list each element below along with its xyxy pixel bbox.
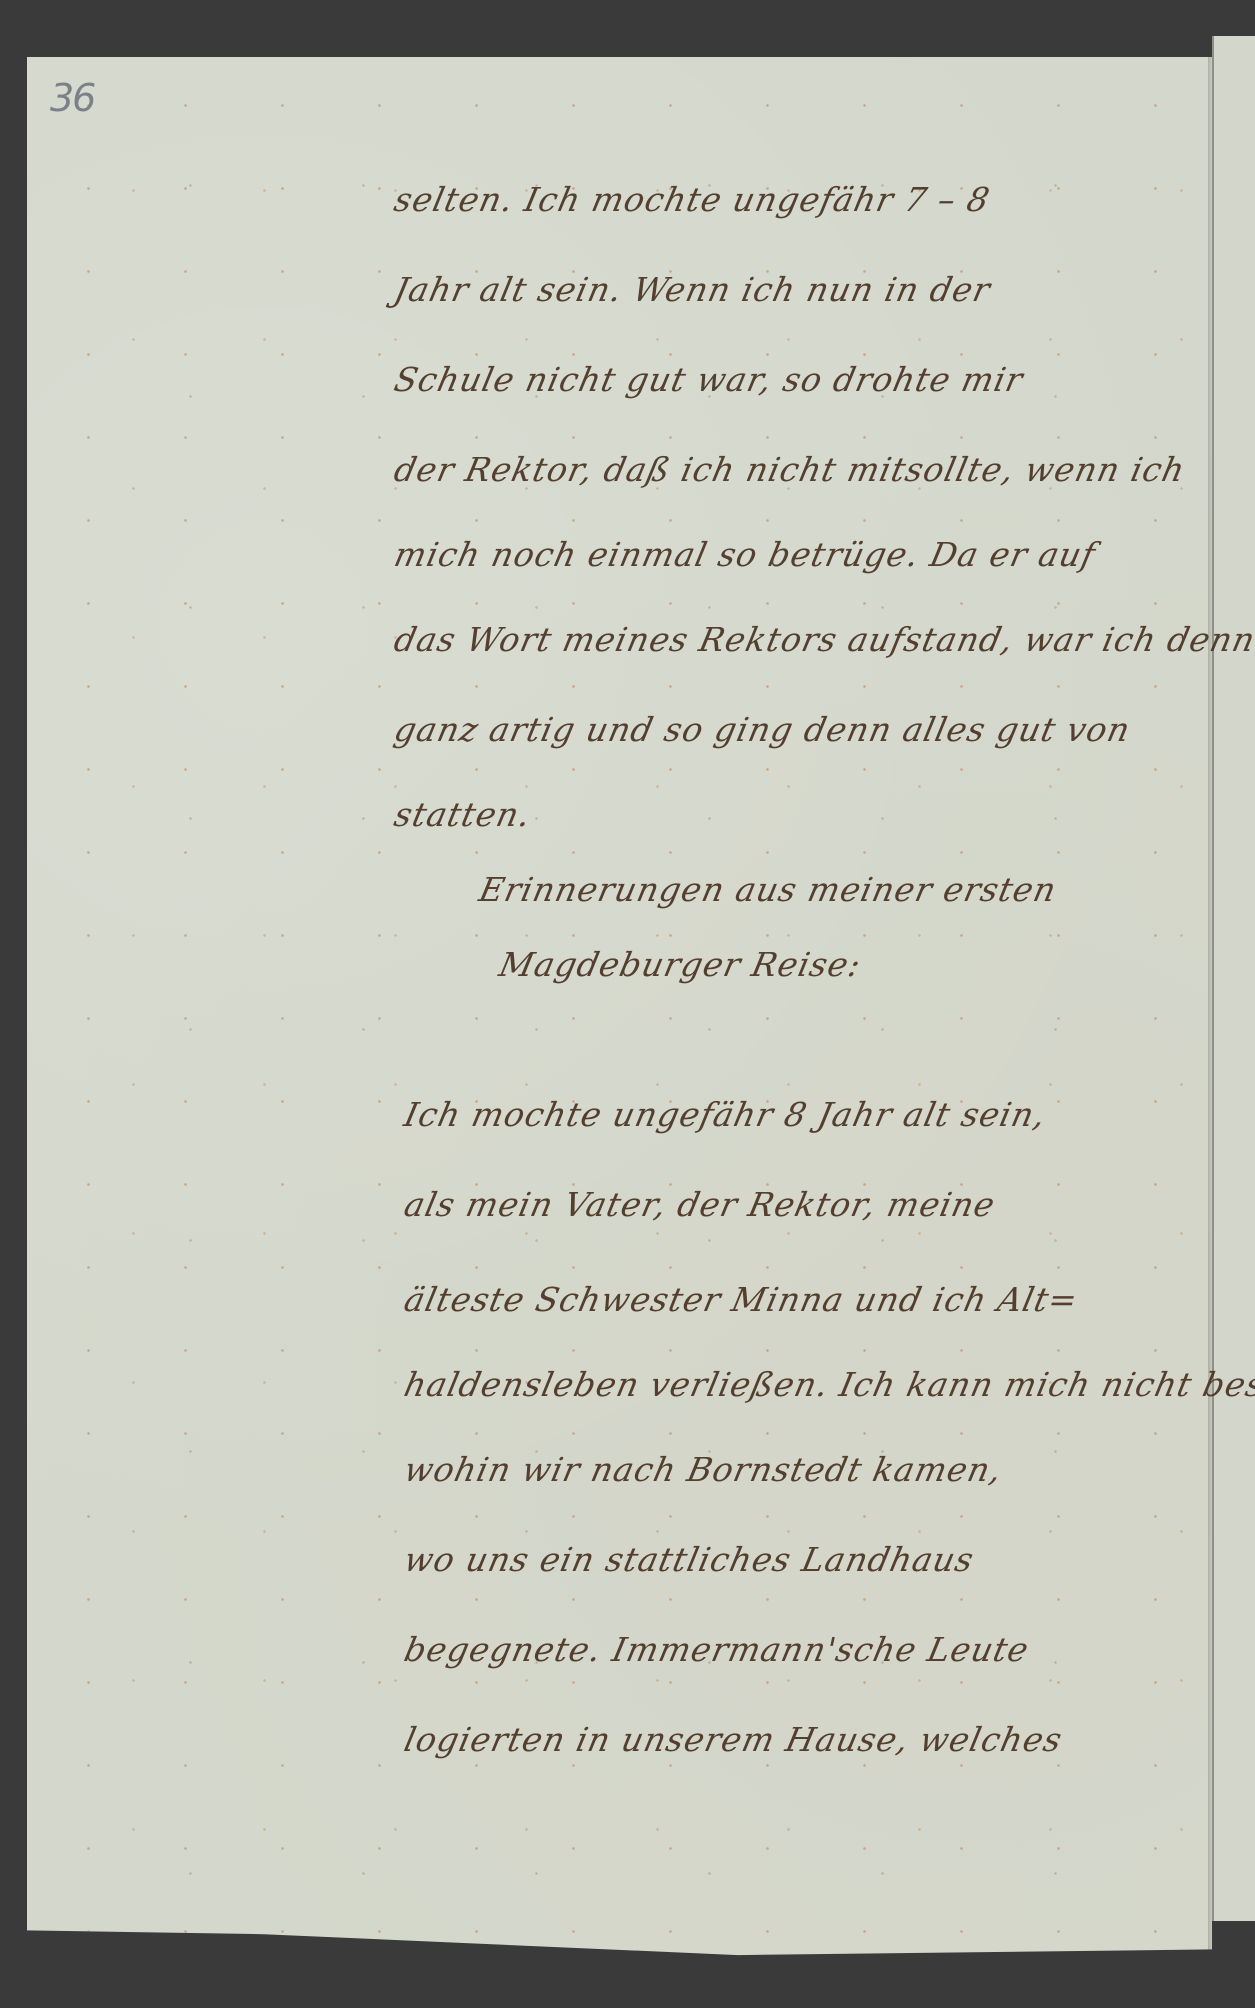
handwritten-line: haldensleben verließen. Ich kann mich ni…: [401, 1365, 1255, 1404]
handwritten-line: mich noch einmal so betrüge. Da er auf: [391, 535, 1099, 574]
handwritten-line: älteste Schwester Minna und ich Alt=: [401, 1280, 1082, 1319]
section-heading-line: Erinnerungen aus meiner ersten: [476, 870, 1060, 909]
handwritten-line: begegnete. Immermann'sche Leute: [401, 1630, 1033, 1669]
handwritten-line: als mein Vater, der Rektor, meine: [401, 1185, 999, 1224]
handwritten-line: logierten in unserem Hause, welches: [401, 1720, 1066, 1759]
handwritten-line: selten. Ich mochte ungefähr 7 – 8: [391, 180, 994, 219]
section-heading-line: Magdeburger Reise:: [496, 945, 865, 984]
handwritten-line: Ich mochte ungefähr 8 Jahr alt sein,: [401, 1095, 1050, 1134]
handwritten-line: Jahr alt sein. Wenn ich nun in der: [391, 270, 994, 309]
handwritten-line: das Wort meines Rektors aufstand, war ic…: [391, 620, 1255, 659]
handwritten-text-block: selten. Ich mochte ungefähr 7 – 8 Jahr a…: [0, 0, 1255, 2008]
handwritten-line: Schule nicht gut war, so drohte mir: [391, 360, 1027, 399]
handwritten-line: wo uns ein stattliches Landhaus: [401, 1540, 978, 1579]
handwritten-line: statten.: [391, 795, 535, 834]
handwritten-line: ganz artig und so ging denn alles gut vo…: [391, 710, 1134, 749]
handwritten-line: wohin wir nach Bornstedt kamen,: [401, 1450, 1006, 1489]
handwritten-line: der Rektor, daß ich nicht mitsollte, wen…: [391, 450, 1189, 489]
